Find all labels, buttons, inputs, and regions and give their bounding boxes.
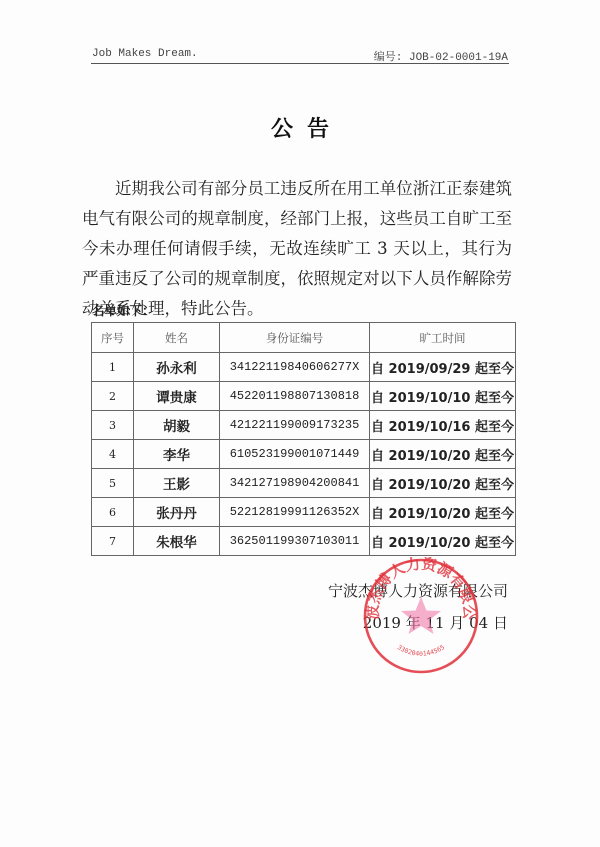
cell-no: 2 <box>92 382 134 411</box>
cell-name: 王影 <box>134 469 220 498</box>
cell-absence: 自 2019/10/20 起至今 <box>370 498 516 527</box>
cell-name: 朱根华 <box>134 527 220 556</box>
cell-id: 362501199307103011 <box>220 527 370 556</box>
cell-no: 7 <box>92 527 134 556</box>
cell-no: 6 <box>92 498 134 527</box>
cell-name: 谭贵康 <box>134 382 220 411</box>
cell-absence: 自 2019/10/16 起至今 <box>370 411 516 440</box>
cell-name: 胡毅 <box>134 411 220 440</box>
col-header-id: 身份证编号 <box>220 323 370 353</box>
header-doc-number: 编号: JOB-02-0001-19A <box>374 48 508 64</box>
table-row: 7 朱根华 362501199307103011 自 2019/10/20 起至… <box>92 527 516 556</box>
page-header: Job Makes Dream. 编号: JOB-02-0001-19A <box>91 46 509 64</box>
cell-id: 452201198807130818 <box>220 382 370 411</box>
cell-absence: 自 2019/09/29 起至今 <box>370 353 516 382</box>
header-slogan: Job Makes Dream. <box>92 48 198 60</box>
document-page: Job Makes Dream. 编号: JOB-02-0001-19A 公告 … <box>0 0 600 847</box>
cell-absence: 自 2019/10/10 起至今 <box>370 382 516 411</box>
table-row: 2 谭贵康 452201198807130818 自 2019/10/10 起至… <box>92 382 516 411</box>
col-header-name: 姓名 <box>134 323 220 353</box>
col-header-absence: 旷工时间 <box>370 323 516 353</box>
cell-no: 5 <box>92 469 134 498</box>
cell-no: 1 <box>92 353 134 382</box>
cell-name: 李华 <box>134 440 220 469</box>
table-row: 6 张丹丹 52212819991126352X 自 2019/10/20 起至… <box>92 498 516 527</box>
document-title: 公告 <box>0 112 600 143</box>
cell-id: 34122119840606277X <box>220 353 370 382</box>
table-row: 4 李华 610523199001071449 自 2019/10/20 起至今 <box>92 440 516 469</box>
list-label: 名单如下： <box>92 301 155 319</box>
cell-id: 342127198904200841 <box>220 469 370 498</box>
table-row: 5 王影 342127198904200841 自 2019/10/20 起至今 <box>92 469 516 498</box>
seal-serial: 3302040144565 <box>396 643 446 658</box>
cell-id: 421221199009173235 <box>220 411 370 440</box>
cell-absence: 自 2019/10/20 起至今 <box>370 440 516 469</box>
cell-name: 张丹丹 <box>134 498 220 527</box>
cell-absence: 自 2019/10/20 起至今 <box>370 527 516 556</box>
dismissal-table: 序号 姓名 身份证编号 旷工时间 1 孙永利 34122119840606277… <box>91 322 516 556</box>
signature-company: 宁波杰博人力资源有限公司 <box>328 580 508 601</box>
table-row: 3 胡毅 421221199009173235 自 2019/10/16 起至今 <box>92 411 516 440</box>
cell-name: 孙永利 <box>134 353 220 382</box>
signature-date: 2019 年 11 月 04 日 <box>363 612 508 633</box>
cell-absence: 自 2019/10/20 起至今 <box>370 469 516 498</box>
cell-id: 610523199001071449 <box>220 440 370 469</box>
table-row: 1 孙永利 34122119840606277X 自 2019/09/29 起至… <box>92 353 516 382</box>
svg-text:3302040144565: 3302040144565 <box>396 643 446 658</box>
col-header-no: 序号 <box>92 323 134 353</box>
table-header-row: 序号 姓名 身份证编号 旷工时间 <box>92 323 516 353</box>
cell-id: 52212819991126352X <box>220 498 370 527</box>
cell-no: 4 <box>92 440 134 469</box>
cell-no: 3 <box>92 411 134 440</box>
